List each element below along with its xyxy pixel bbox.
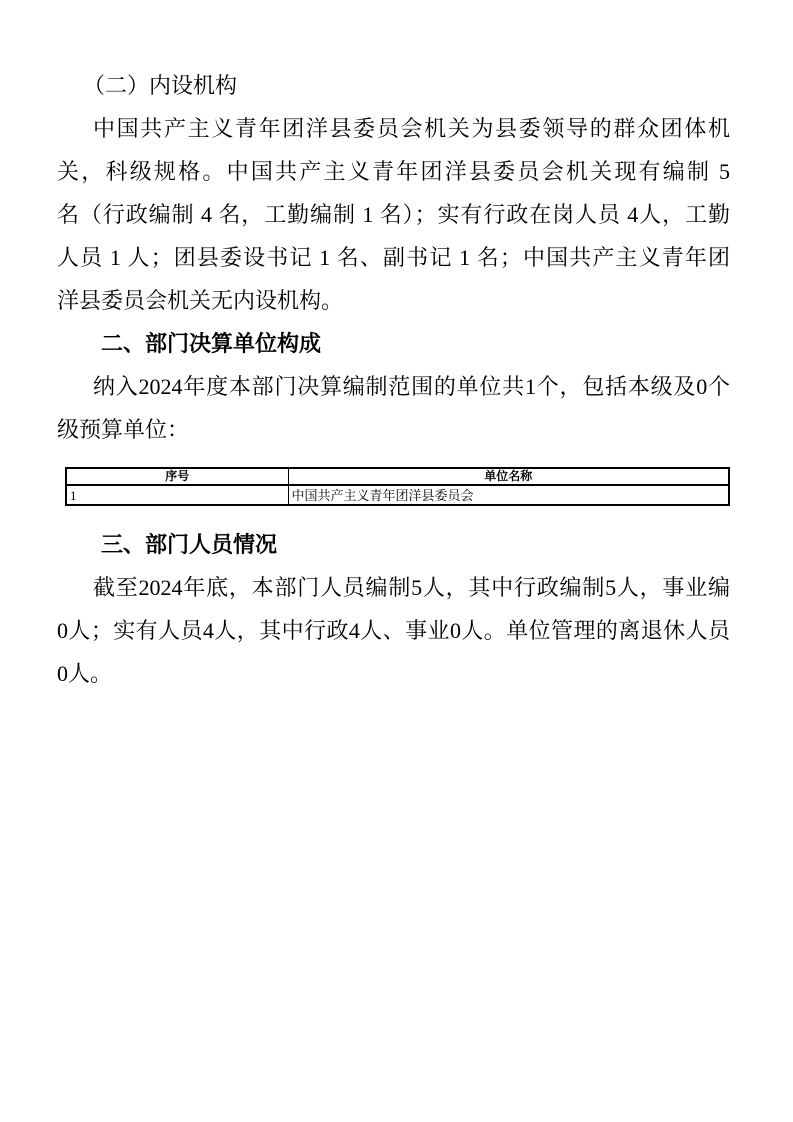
table-cell-unit-name: 中国共产主义青年团洋县委员会 bbox=[288, 485, 729, 505]
paragraph-line: 0人；实有人员4人，其中行政4人、事业0人。单位管理的离退休人员 bbox=[57, 609, 730, 652]
document-page: （二）内设机构 中国共产主义青年团洋县委员会机关为县委领导的群众团体机 关，科级… bbox=[0, 0, 793, 1122]
section-heading-personnel-situation: 三、部门人员情况 bbox=[57, 523, 730, 566]
paragraph-line: 截至2024年底，本部门人员编制5人，其中行政编制5人，事业编制 bbox=[57, 566, 730, 609]
paragraph-line: 洋县委员会机关无内设机构。 bbox=[57, 279, 730, 322]
table-header-row: 序号 单位名称 bbox=[66, 468, 729, 485]
budget-units-table: 序号 单位名称 1 中国共产主义青年团洋县委员会 bbox=[65, 467, 730, 506]
paragraph-line: 0人。 bbox=[57, 652, 730, 695]
subsection-heading-internal-organs: （二）内设机构 bbox=[57, 64, 730, 107]
paragraph-line: 名（行政编制 4 名，工勤编制 1 名）；实有行政在岗人员 4人，工勤 bbox=[57, 193, 730, 236]
paragraph-line: 人员 1 人；团县委设书记 1 名、副书记 1 名；中国共产主义青年团 bbox=[57, 236, 730, 279]
section-heading-budget-unit-composition: 二、部门决算单位构成 bbox=[57, 322, 730, 365]
table-header-serial-number: 序号 bbox=[66, 468, 288, 485]
budget-units-table-wrapper: 序号 单位名称 1 中国共产主义青年团洋县委员会 bbox=[65, 467, 730, 506]
paragraph-line: 中国共产主义青年团洋县委员会机关为县委领导的群众团体机 bbox=[57, 107, 730, 150]
paragraph-line: 关，科级规格。中国共产主义青年团洋县委员会机关现有编制 5 bbox=[57, 150, 730, 193]
table-row: 1 中国共产主义青年团洋县委员会 bbox=[66, 485, 729, 505]
table-header-unit-name: 单位名称 bbox=[288, 468, 729, 485]
paragraph-line: 纳入2024年度本部门决算编制范围的单位共1个，包括本级及0个二 bbox=[57, 365, 730, 408]
paragraph-line: 级预算单位： bbox=[57, 408, 730, 451]
table-cell-serial-number: 1 bbox=[66, 485, 288, 505]
